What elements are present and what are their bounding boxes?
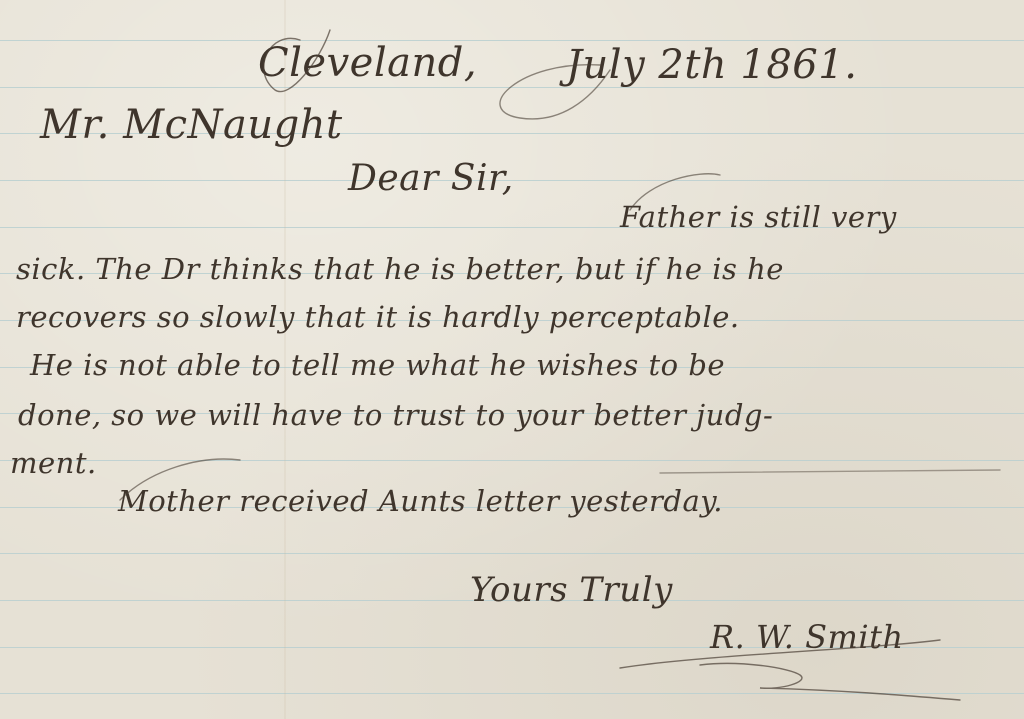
pen-flourishes [0,0,1024,719]
letter-page: Cleveland, July 2th 1861. Mr. McNaught D… [0,0,1024,719]
